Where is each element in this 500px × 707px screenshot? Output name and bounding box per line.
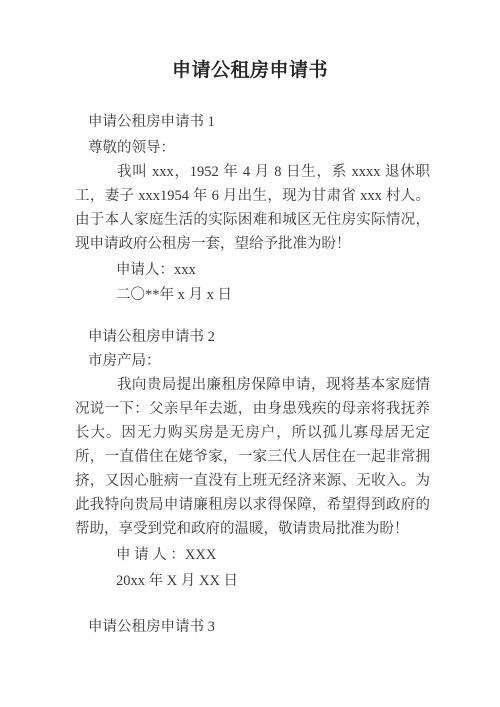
section-1-heading: 申请公租房申请书 1 bbox=[75, 110, 430, 134]
section-2-signature-name: 申 请 人 ：XXX bbox=[75, 543, 430, 567]
section-2-salutation: 市房产局： bbox=[75, 349, 430, 373]
section-2-body-paragraph: 我向贵局提出廉租房保障申请，现将基本家庭情况说一下：父亲早年去逝，由身患残疾的母… bbox=[75, 373, 430, 541]
section-1-salutation: 尊敬的领导： bbox=[75, 136, 430, 160]
page-title: 申请公租房申请书 bbox=[0, 58, 500, 84]
document-page: 申请公租房申请书 申请公租房申请书 1 尊敬的领导： 我叫 xxx，1952 年… bbox=[0, 0, 500, 707]
section-2-signature-date: 20xx 年 X 月 XX 日 bbox=[75, 569, 430, 593]
document-content: 申请公租房申请书 1 尊敬的领导： 我叫 xxx，1952 年 4 月 8 日生… bbox=[0, 110, 500, 639]
section-2-heading: 申请公租房申请书 2 bbox=[75, 325, 430, 349]
section-1-signature-date: 二〇**年 x 月 x 日 bbox=[75, 283, 430, 307]
section-1-signature-name: 申请人：xxx bbox=[75, 258, 430, 282]
section-3-heading: 申请公租房申请书 3 bbox=[75, 615, 430, 639]
section-1-body-paragraph: 我叫 xxx，1952 年 4 月 8 日生，系 xxxx 退休职工，妻子 xx… bbox=[75, 160, 430, 256]
